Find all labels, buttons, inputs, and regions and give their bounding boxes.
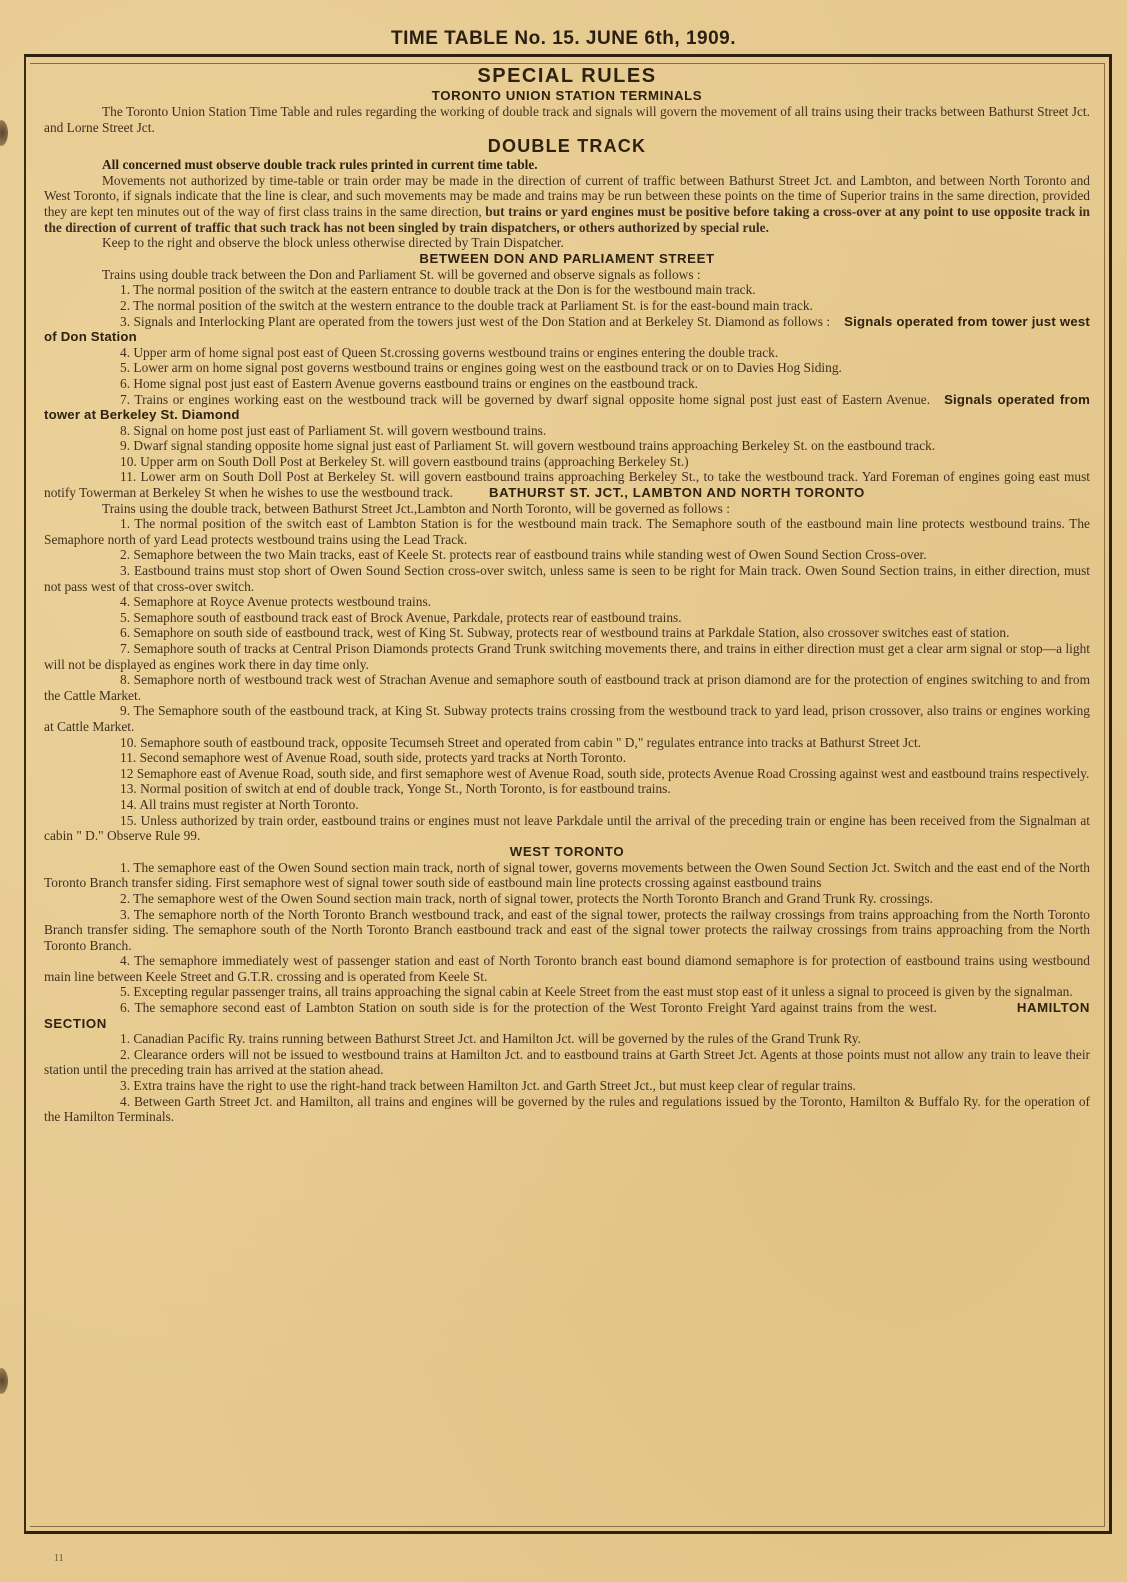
rule-item: 3. Eastbound trains must stop short of O… [44,563,1090,594]
rule-item: 15. Unless authorized by train order, ea… [44,813,1090,844]
rule-item: 8. Semaphore north of westbound track we… [44,672,1090,703]
paragraph: All concerned must observe double track … [44,157,1090,173]
rule-item: 1. The normal position of the switch at … [44,282,1090,298]
rule-item: 9. Dwarf signal standing opposite home s… [44,438,1090,454]
rule-item: 2. The semaphore west of the Owen Sound … [44,891,1090,907]
section-heading-union-station: TORONTO UNION STATION TERMINALS [44,88,1090,104]
bathurst-rule-list: 1. The normal position of the switch eas… [44,516,1090,843]
document-title: SPECIAL RULES [44,64,1090,88]
rule-text: 7. Trains or engines working east on the… [120,392,930,407]
rule-item: 6. Home signal post just east of Eastern… [44,376,1090,392]
rule-item: 6. The semaphore second east of Lambton … [44,1000,1090,1031]
rule-item: 3. Extra trains have the right to use th… [44,1078,1090,1094]
rule-item: 4. Upper arm of home signal post east of… [44,345,1090,361]
rule-item: 4. The semaphore immediately west of pas… [44,953,1090,984]
paragraph: Movements not authorized by time-table o… [44,173,1090,235]
section-heading-double-track: DOUBLE TRACK [44,135,1090,157]
rule-item: 11. Second semaphore west of Avenue Road… [44,750,1090,766]
rule-item: 13. Normal position of switch at end of … [44,781,1090,797]
rule-item: 12 Semaphore east of Avenue Road, south … [44,766,1090,782]
rule-item: 5. Excepting regular passenger trains, a… [44,984,1090,1000]
rule-item: 10. Semaphore south of eastbound track, … [44,735,1090,751]
rule-item: 3. The semaphore north of the North Toro… [44,907,1090,954]
footer-mark: 11 [54,1553,64,1564]
paragraph: Keep to the right and observe the block … [44,235,1090,251]
rule-item: 9. The Semaphore south of the eastbound … [44,703,1090,734]
rule-item: 14. All trains must register at North To… [44,797,1090,813]
rule-text: 6. The semaphore second east of Lambton … [120,1000,937,1015]
rule-item: 7. Semaphore south of tracks at Central … [44,641,1090,672]
paragraph: The Toronto Union Station Time Table and… [44,104,1090,135]
rule-item: 5. Semaphore south of eastbound track ea… [44,610,1090,626]
punch-hole [0,1368,8,1394]
paragraph: Trains using double track between the Do… [44,267,1090,283]
rule-item: 1. The normal position of the switch eas… [44,516,1090,547]
rule-item: 10. Upper arm on South Doll Post at Berk… [44,454,1090,470]
rule-item: 5. Lower arm on home signal post governs… [44,360,1090,376]
section-heading-bathurst: BATHURST ST. JCT., LAMBTON AND NORTH TOR… [489,485,865,500]
paragraph: Trains using the double track, between B… [44,501,1090,517]
rule-item: 8. Signal on home post just east of Parl… [44,423,1090,439]
section-heading-don-parliament: BETWEEN DON AND PARLIAMENT STREET [44,251,1090,267]
rule-text: 3. Signals and Interlocking Plant are op… [120,314,830,329]
page-header: TIME TABLE No. 15. JUNE 6th, 1909. [0,28,1127,50]
rule-item: 4. Semaphore at Royce Avenue protects we… [44,594,1090,610]
rule-item: 2. Clearance orders will not be issued t… [44,1047,1090,1078]
section-heading-west-toronto: WEST TORONTO [44,844,1090,860]
rule-item: 7. Trains or engines working east on the… [44,392,1090,423]
punch-hole [0,120,8,146]
rule-item: 1. Canadian Pacific Ry. trains running b… [44,1031,1090,1047]
document-body: SPECIAL RULES TORONTO UNION STATION TERM… [44,64,1090,1125]
rule-item: 4. Between Garth Street Jct. and Hamilto… [44,1094,1090,1125]
rule-item: 1. The semaphore east of the Owen Sound … [44,860,1090,891]
rule-item: 2. Semaphore between the two Main tracks… [44,547,1090,563]
rule-item: 6. Semaphore on south side of eastbound … [44,625,1090,641]
rule-item: 11. Lower arm on South Doll Post at Berk… [44,469,1090,500]
rule-item: 2. The normal position of the switch at … [44,298,1090,314]
rule-item: 3. Signals and Interlocking Plant are op… [44,314,1090,345]
